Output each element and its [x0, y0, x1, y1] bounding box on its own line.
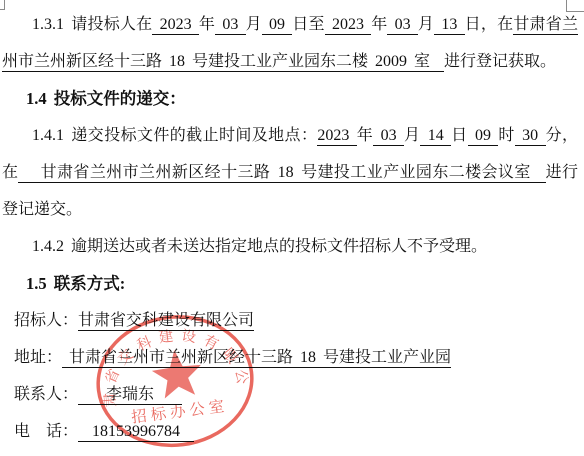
- document-page: 1.3.1 请投标人在 2023 年 03 月 09 日至 2023 年 03 …: [0, 0, 584, 456]
- filled-blank: 13: [434, 16, 464, 35]
- text-boundary-mark-top-right: [566, 0, 584, 12]
- text-segment: 1.3.1 请投标人在: [32, 16, 152, 33]
- text-segment: 年: [357, 127, 373, 144]
- text-boundary-mark-top-left: [0, 0, 5, 10]
- text-segment: 月: [418, 16, 434, 33]
- filled-blank: 09: [262, 16, 292, 35]
- filled-blank: 09: [468, 127, 499, 146]
- section-heading-1-5: 1.5 联系方式:: [2, 265, 578, 302]
- text-segment: 日: [451, 127, 467, 144]
- filled-blank: 2023: [325, 16, 371, 35]
- text-segment: 日至: [292, 16, 324, 33]
- text-segment: 时: [498, 127, 514, 144]
- contact-row-address: 地址： 甘肃省兰州市兰州新区经十三路 18 号建投工业产业园: [2, 339, 578, 376]
- filled-blank: 2023: [152, 16, 198, 35]
- contact-value-filled-blank: 甘肃省兰州市兰州新区经十三路 18 号建投工业产业园: [62, 349, 451, 368]
- contact-label: 地址：: [14, 349, 62, 366]
- contact-value-filled-blank: 18153996784: [78, 423, 194, 442]
- filled-blank: 03: [373, 127, 404, 146]
- filled-blank: 30: [515, 127, 546, 146]
- text-segment: 年: [199, 16, 215, 33]
- filled-blank: 2023: [317, 127, 356, 146]
- filled-blank: 03: [387, 16, 417, 35]
- text-segment: 月: [246, 16, 262, 33]
- text-segment: 进行登记获取。: [444, 53, 556, 70]
- contact-row-phone: 电 话： 18153996784: [2, 413, 578, 450]
- text-segment: 1.4.1 递交投标文件的截止时间及地点：: [32, 127, 317, 144]
- contact-row-tenderee: 招标人：甘肃省交科建设有限公司: [2, 302, 578, 339]
- text-segment: 日，在: [465, 16, 514, 33]
- paragraph-1-3-1: 1.3.1 请投标人在 2023 年 03 月 09 日至 2023 年 03 …: [2, 6, 578, 80]
- paragraph-1-4-2: 1.4.2 逾期送达或者未送达指定地点的投标文件招标人不予受理。: [2, 228, 578, 265]
- contact-label: 招标人：: [14, 312, 78, 329]
- document-body: 1.3.1 请投标人在 2023 年 03 月 09 日至 2023 年 03 …: [2, 6, 578, 450]
- filled-blank: 14: [420, 127, 451, 146]
- contact-row-person: 联系人： 李瑞东: [2, 376, 578, 413]
- text-segment: 年: [371, 16, 387, 33]
- contact-label: 电 话：: [14, 423, 78, 440]
- filled-blank: 03: [215, 16, 245, 35]
- section-heading-1-4: 1.4 投标文件的递交：: [2, 80, 578, 117]
- text-segment: 月: [404, 127, 420, 144]
- contact-label: 联系人：: [14, 386, 78, 403]
- filled-blank: 甘肃省兰州市兰州新区经十三路 18 号建投工业产业园东二楼会议室: [18, 164, 545, 183]
- paragraph-1-4-1: 1.4.1 递交投标文件的截止时间及地点：2023 年 03 月 14 日 09…: [2, 117, 578, 228]
- contact-value-filled-blank: 李瑞东: [78, 386, 182, 405]
- contact-value-filled-blank: 甘肃省交科建设有限公司: [78, 312, 254, 331]
